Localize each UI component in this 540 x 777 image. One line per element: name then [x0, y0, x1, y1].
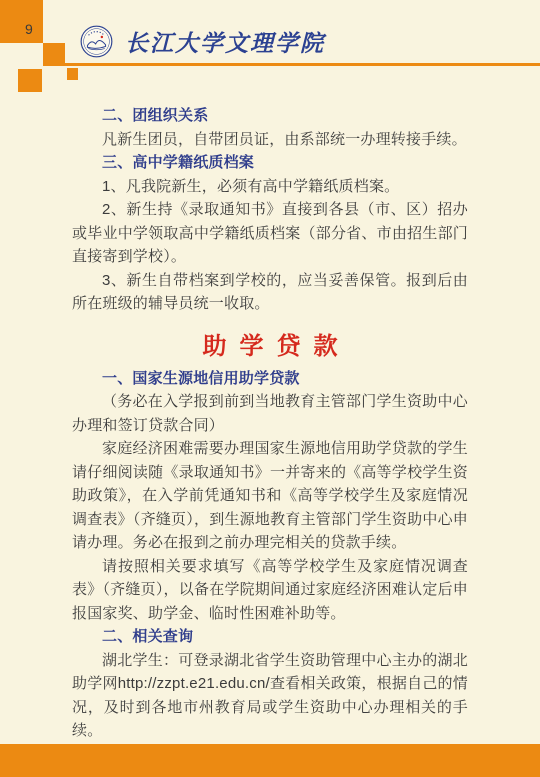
paragraph: 2、新生持《录取通知书》直接到各县（市、区）招办或毕业中学领取高中学籍纸质档案（…: [72, 198, 468, 269]
footer-band: [0, 744, 540, 777]
page-number: 9: [25, 21, 33, 37]
paragraph: 凡新生团员，自带团员证，由系部统一办理转接手续。: [72, 128, 468, 152]
paragraph: 请按照相关要求填写《高等学校学生及家庭情况调查表》（齐缝页），以备在学院期间通过…: [72, 555, 468, 626]
chapter-title: 助学贷款: [72, 332, 468, 362]
corner-square-large: 9: [0, 0, 43, 43]
header-divider-line: [65, 63, 540, 66]
section-heading: 一、国家生源地信用助学贷款: [72, 367, 468, 391]
university-brand: 长江大学文理学院: [80, 25, 325, 58]
university-seal-icon: [80, 25, 113, 58]
section-heading: 三、高中学籍纸质档案: [72, 151, 468, 175]
corner-square-medium-1: [43, 43, 65, 66]
corner-square-small: [67, 68, 78, 80]
document-content: 二、团组织关系 凡新生团员，自带团员证，由系部统一办理转接手续。 三、高中学籍纸…: [72, 104, 468, 743]
paragraph: 1、凡我院新生，必须有高中学籍纸质档案。: [72, 175, 468, 199]
paragraph: 3、新生自带档案到学校的，应当妥善保管。报到后由所在班级的辅导员统一收取。: [72, 269, 468, 316]
section-heading: 二、相关查询: [72, 625, 468, 649]
paragraph: 家庭经济困难需要办理国家生源地信用助学贷款的学生请仔细阅读随《录取通知书》一并寄…: [72, 437, 468, 555]
corner-square-medium-2: [18, 69, 42, 92]
section-heading: 二、团组织关系: [72, 104, 468, 128]
paragraph: 湖北学生：可登录湖北省学生资助管理中心主办的湖北助学网http://zzpt.e…: [72, 649, 468, 743]
document-page: 9 长江大学文理学院 二、团组织关系 凡新生: [0, 0, 540, 777]
university-name: 长江大学文理学院: [125, 25, 325, 58]
paragraph: （务必在入学报到前到当地教育主管部门学生资助中心办理和签订贷款合同）: [72, 390, 468, 437]
